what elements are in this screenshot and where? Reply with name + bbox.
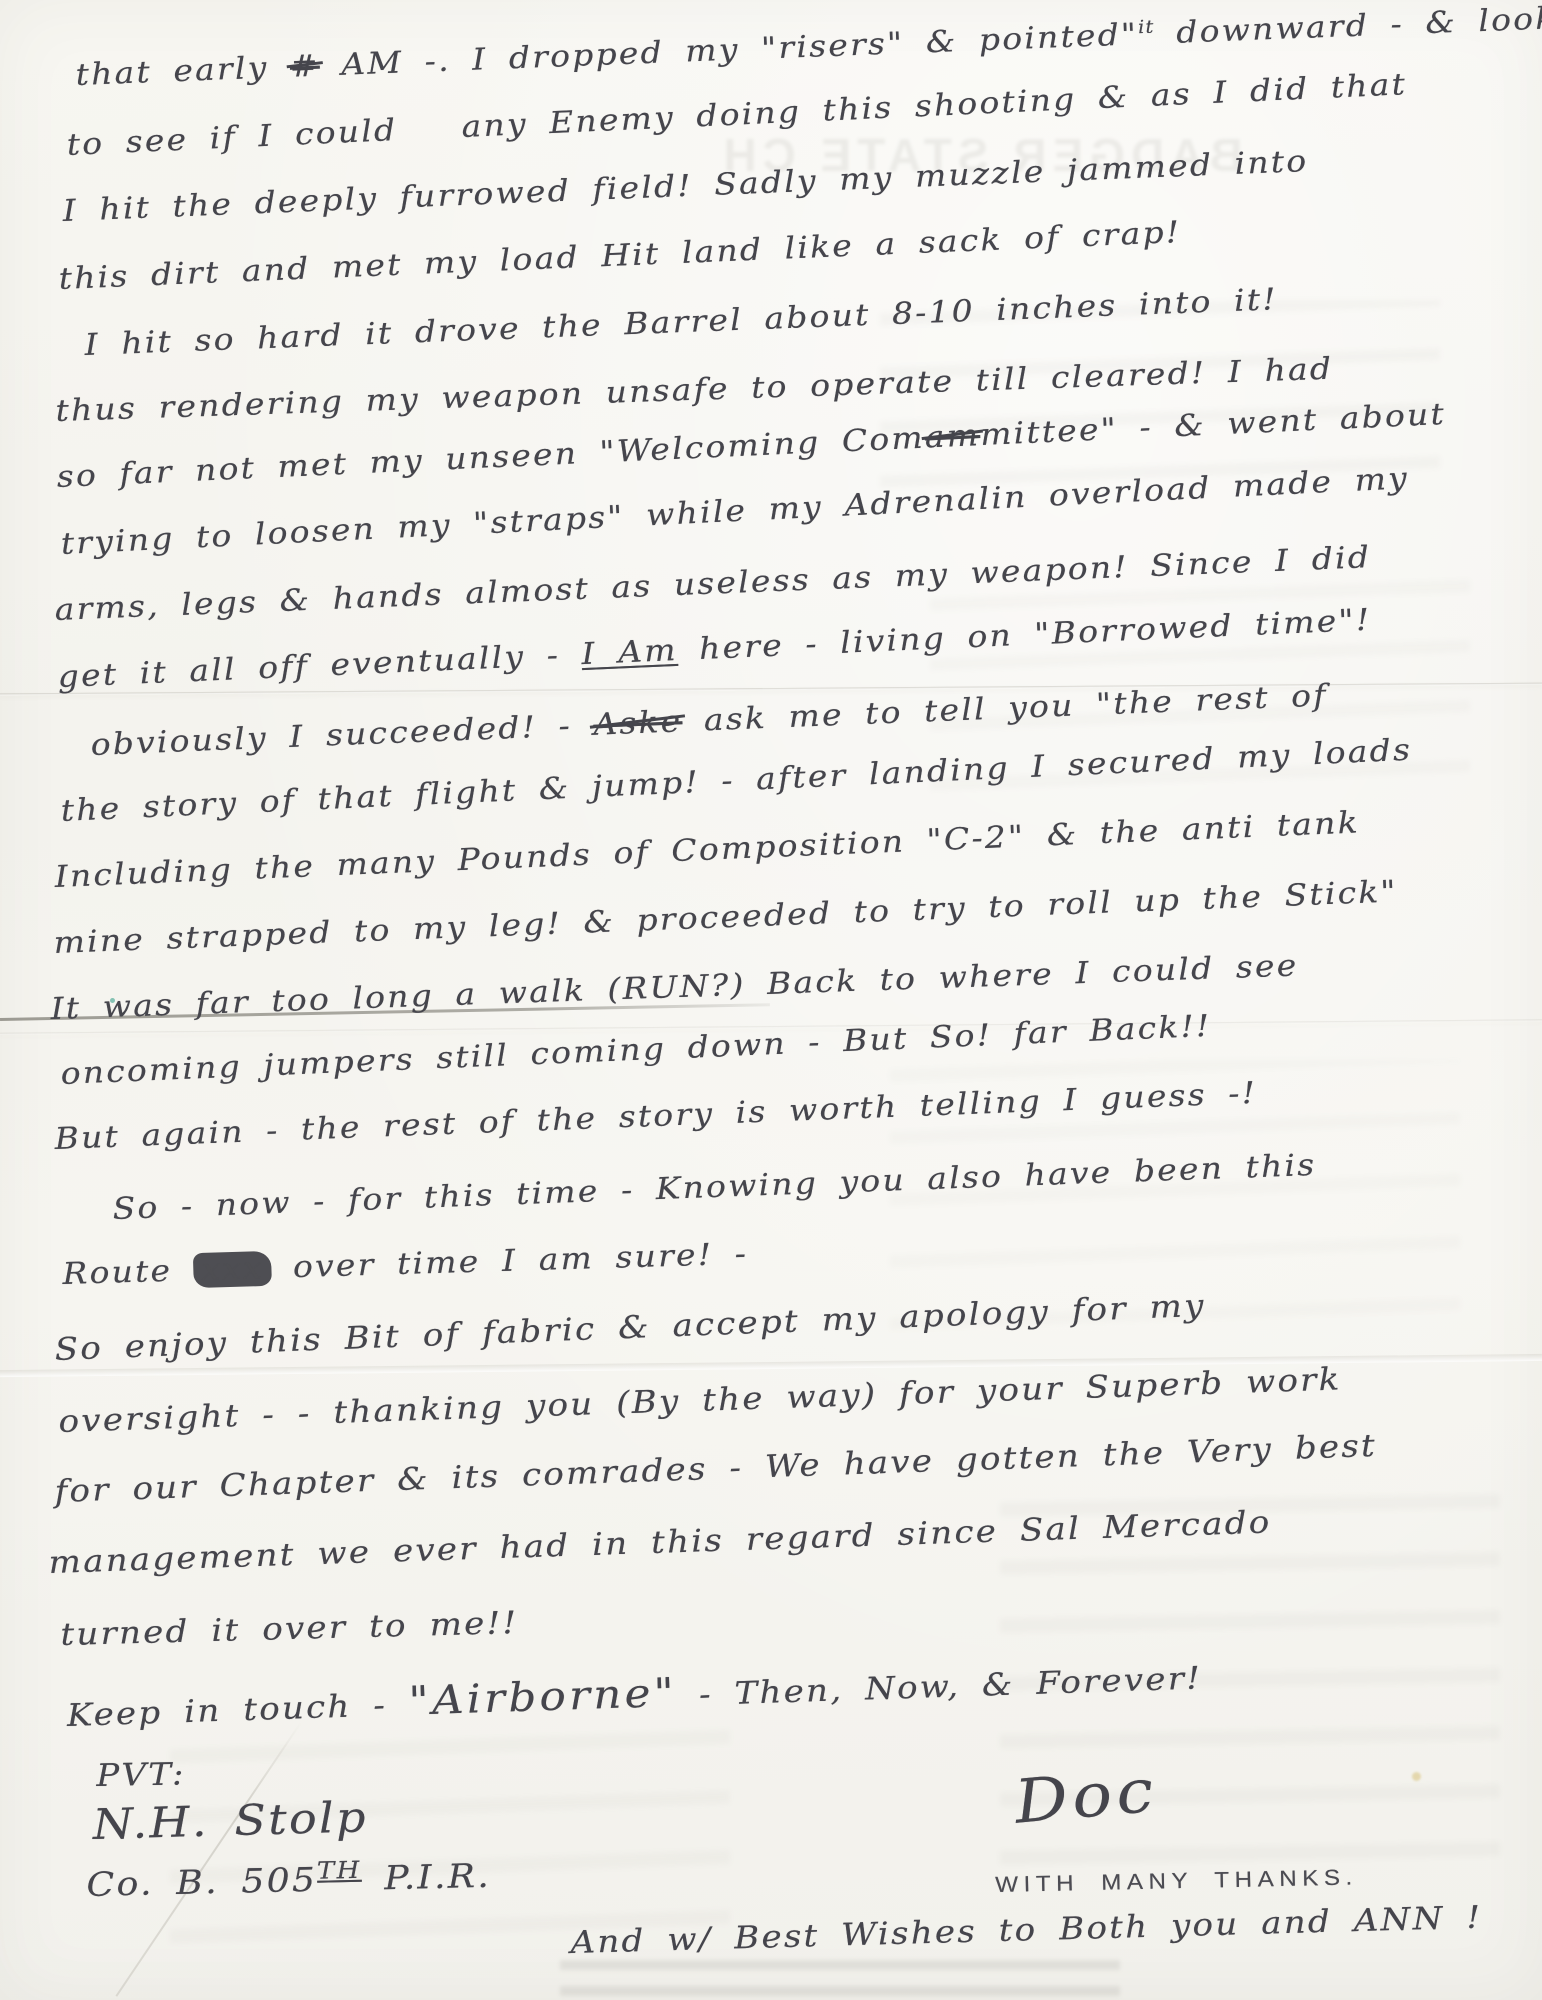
letter-line: management we ever had in this regard si… (48, 1504, 1272, 1581)
text-segment: I hit so hard it drove the Barrel about … (84, 282, 1278, 363)
scribbled-out-word: Aske (593, 704, 683, 743)
text-segment: that early (75, 50, 291, 93)
letter-page: BADGER STATE CH that early # AM -. I dro… (0, 0, 1542, 2000)
text-segment: management we ever had in this regard si… (48, 1504, 1272, 1581)
letter-line: mine strapped to my leg! & proceeded to … (53, 874, 1398, 961)
paper-stain (1412, 1772, 1421, 1781)
text-segment: so far not met my unseen "Welcoming Com (56, 421, 926, 495)
text-segment: get it all off eventually - (57, 637, 582, 695)
text-segment: mine strapped to my leg! & proceeded to … (53, 874, 1398, 961)
text-segment: ask me to tell you "the rest of (682, 678, 1329, 739)
signoff-best-wishes: And w/ Best Wishes to Both you and ANN ! (570, 1900, 1483, 1961)
text-segment: PVT: (96, 1756, 186, 1794)
text-segment: Route (62, 1253, 194, 1292)
text-segment: mittee" - & went about (979, 397, 1446, 453)
text-segment: turned it over to me!! (60, 1605, 519, 1653)
signature-doc: Doc (1012, 1756, 1160, 1838)
text-segment: Co. B. 505 (86, 1860, 318, 1904)
letter-line: I hit the deeply furrowed field! Sadly m… (62, 144, 1309, 229)
letter-line: this dirt and met my load Hit land like … (58, 215, 1182, 297)
text-segment: - Then, Now, & Forever! (677, 1660, 1203, 1713)
signoff-airborne-line: Keep in touch - "Airborne" - Then, Now, … (66, 1652, 1203, 1736)
text-segment: here - living on "Borrowed time"! (677, 603, 1372, 668)
text-segment: AM -. I dropped my "risers" & pointed" (319, 17, 1139, 83)
text-segment: So enjoy this Bit of fabric & accept my … (54, 1288, 1206, 1368)
text-segment: it (1138, 17, 1155, 39)
letter-line: oversight - - thanking you (By the way) … (58, 1361, 1342, 1440)
text-segment: for our Chapter & its comrades - We have… (54, 1428, 1377, 1510)
text-segment: I hit the deeply furrowed field! Sadly m… (62, 144, 1309, 229)
text-segment: obviously I succeeded! - (90, 708, 594, 763)
text-segment: Doc (1012, 1756, 1160, 1838)
scribbled-out-word: xxx (193, 1251, 272, 1288)
text-segment: over time I am sure! - (271, 1237, 749, 1286)
text-segment: "Airborne" (408, 1670, 678, 1725)
letter-line: But again - the rest of the story is wor… (54, 1076, 1258, 1157)
letter-line: for our Chapter & its comrades - We have… (54, 1428, 1377, 1510)
text-segment: Keep in touch - (66, 1687, 409, 1734)
signature-rank: PVT: (96, 1756, 186, 1794)
text-segment: N.H. Stolp (92, 1792, 368, 1849)
text-segment: So - now - for this time - Knowing you a… (112, 1148, 1317, 1227)
letter-line: oncoming jumpers still coming down - But… (60, 1009, 1212, 1092)
letter-line: I hit so hard it drove the Barrel about … (84, 282, 1278, 363)
signoff-thanks: WITH MANY THANKS. (995, 1864, 1358, 1898)
scribbled-out-word: # (289, 49, 320, 85)
signature-name: N.H. Stolp (92, 1792, 368, 1849)
letter-line: So enjoy this Bit of fabric & accept my … (54, 1288, 1206, 1368)
text-segment: P.I.R. (361, 1856, 491, 1898)
letter-line: Route xxx over time I am sure! - (62, 1237, 749, 1292)
text-segment: downward - & looked (1154, 0, 1542, 52)
text-segment: TH (317, 1856, 362, 1885)
letter-line: turned it over to me!! (60, 1605, 519, 1653)
text-segment: And w/ Best Wishes to Both you and ANN ! (570, 1900, 1483, 1961)
text-segment: I Am (581, 633, 679, 672)
signature-unit: Co. B. 505TH P.I.R. (86, 1853, 491, 1904)
text-segment: oversight - - thanking you (By the way) … (58, 1361, 1342, 1440)
text-segment: But again - the rest of the story is wor… (54, 1076, 1258, 1157)
text-segment: oncoming jumpers still coming down - But… (60, 1009, 1212, 1092)
scribbled-out-word: am (924, 418, 981, 455)
letter-line: So - now - for this time - Knowing you a… (112, 1148, 1317, 1227)
text-segment: WITH MANY THANKS. (995, 1864, 1358, 1897)
text-segment: this dirt and met my load Hit land like … (58, 215, 1182, 297)
